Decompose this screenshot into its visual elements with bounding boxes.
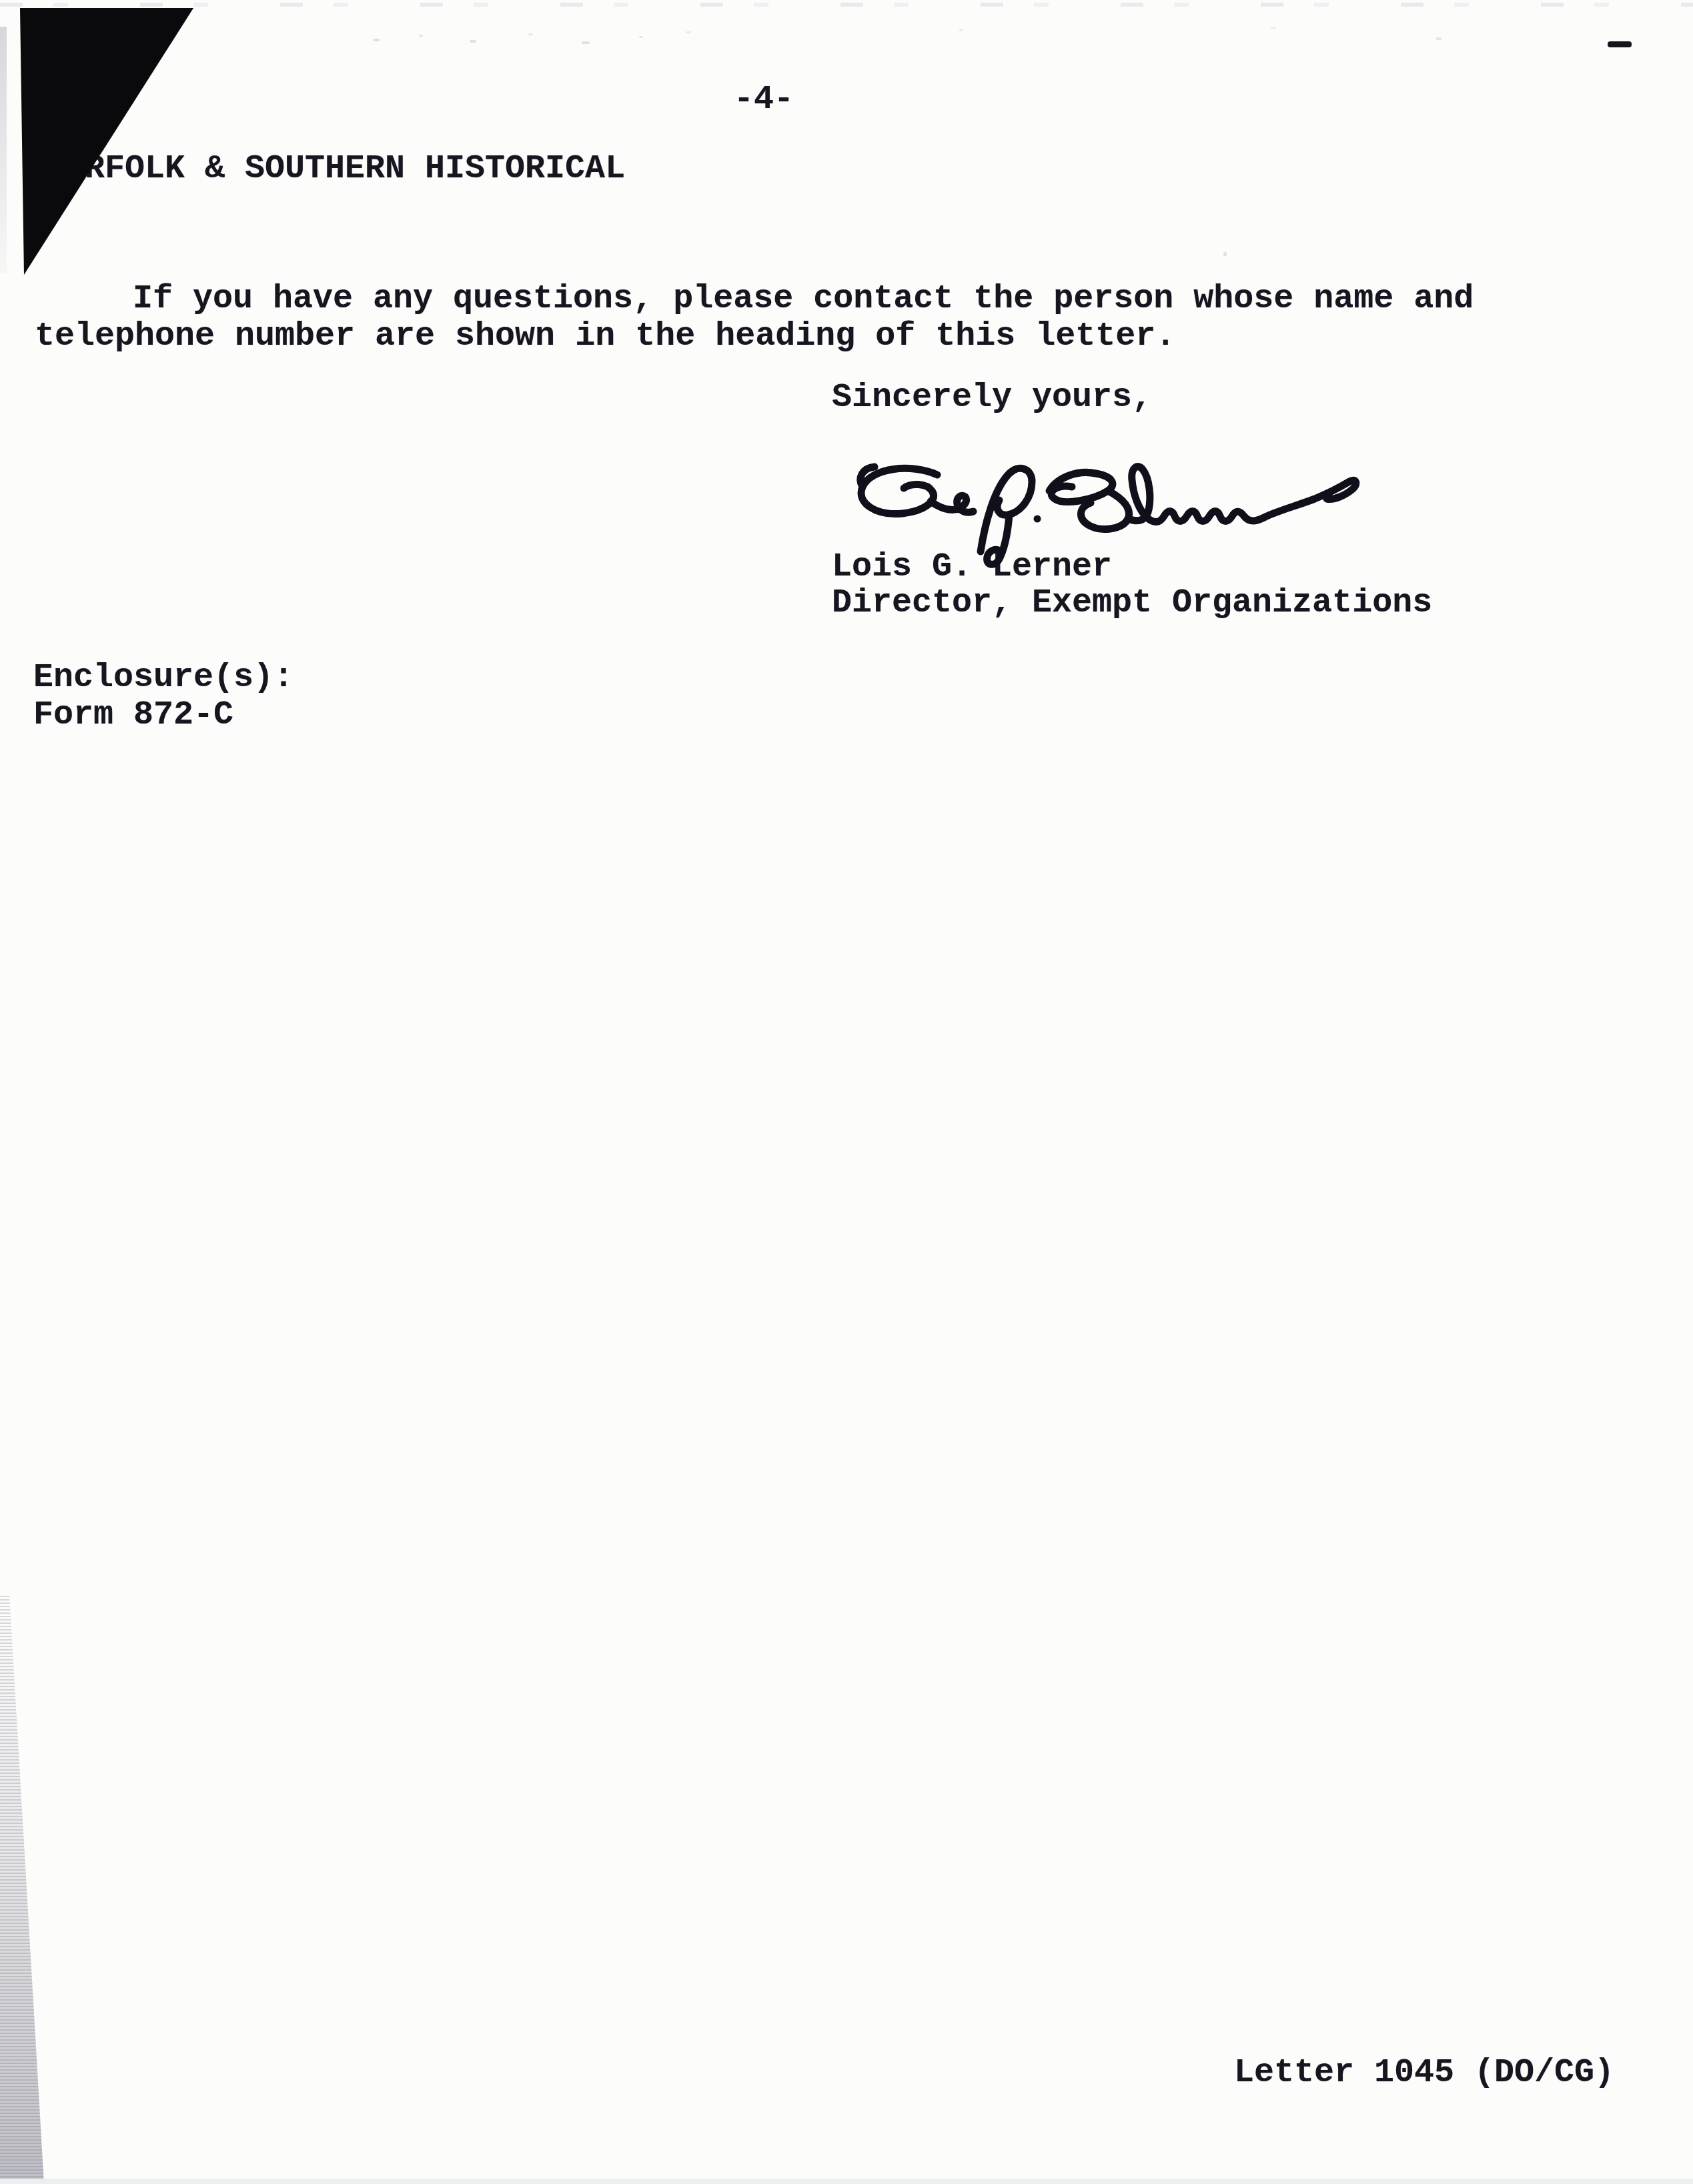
scan-noise-speck	[1436, 37, 1442, 40]
scan-corner-fold-artifact	[0, 0, 200, 280]
scanned-letter-page: -4- RFOLK & SOUTHERN HISTORICAL If you h…	[0, 0, 1693, 2184]
scan-noise-speck	[470, 40, 476, 43]
signer-title: Director, Exempt Organizations	[832, 587, 1432, 620]
signature-lois-g-lerner	[837, 448, 1371, 578]
scan-noise-speck	[686, 31, 691, 33]
scan-mark-dash	[1608, 41, 1632, 47]
body-text-line: telephone number are shown in the headin…	[35, 320, 1175, 353]
body-text-line: If you have any questions, please contac…	[133, 283, 1474, 316]
scan-noise-speck	[639, 36, 643, 38]
scan-edge-bottom	[0, 2179, 1693, 2184]
scan-noise-speck	[959, 29, 963, 31]
scan-noise-speck	[582, 41, 590, 44]
closing-salutation: Sincerely yours,	[832, 381, 1152, 415]
scan-noise-speck	[528, 33, 533, 35]
scan-noise-speck	[374, 39, 380, 41]
scan-noise-speck	[1271, 27, 1276, 29]
scan-noise-top-edge	[0, 3, 1693, 7]
page-number: -4-	[734, 83, 794, 117]
letter-form-code: Letter 1045 (DO/CG)	[1234, 2057, 1614, 2090]
scan-noise-left-band	[0, 1594, 48, 2184]
scan-noise-speck	[1223, 252, 1227, 256]
enclosure-item: Form 872-C	[33, 699, 233, 732]
enclosures-label: Enclosure(s):	[33, 662, 294, 695]
scan-noise-speck	[419, 35, 423, 37]
